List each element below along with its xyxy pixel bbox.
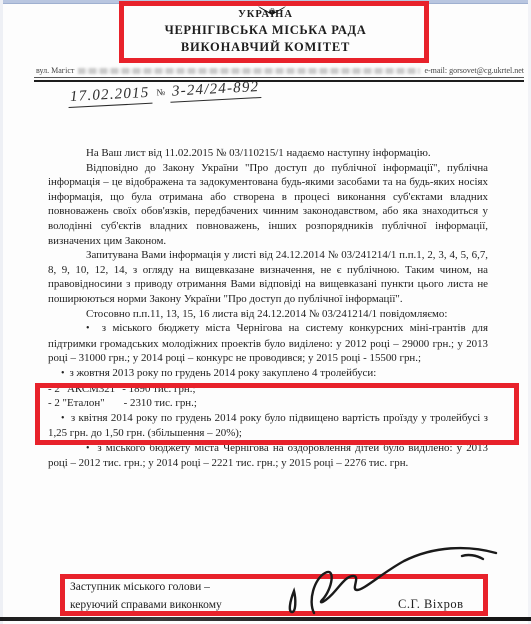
signature-title: Заступник міського голови – керуючий спр…	[70, 579, 222, 614]
letterhead-divider-thin	[34, 77, 524, 78]
bullet-item: • з міського бюджету міста Чернігова на …	[48, 321, 488, 366]
bullet-marker-icon: •	[86, 443, 97, 454]
bullet-item: • з квітня 2014 року по грудень 2014 рок…	[48, 411, 488, 441]
letterhead: УКРАЇНА ЧЕРНІГІВСЬКА МІСЬКА РАДА ВИКОНАВ…	[0, 8, 531, 56]
bullet-item: • з жовтня 2013 року по грудень 2014 рок…	[48, 366, 488, 382]
paragraph: - 2 "Еталон" - 2310 тис. грн.;	[48, 396, 488, 411]
signature-title-line2: керуючий справами виконкому	[70, 597, 222, 615]
bullet-marker-icon: •	[61, 368, 70, 379]
handwritten-date: 17.02.2015	[68, 85, 152, 108]
handwritten-reference: 17.02.2015 № 3-24/24-892	[68, 79, 262, 108]
paragraph: - 2 "АКСМ321" - 1890 тис. грн.;	[48, 382, 488, 397]
scan-left-edge	[0, 0, 3, 624]
paragraph: На Ваш лист від 11.02.2015 № 03/110215/1…	[48, 146, 488, 161]
signature-title-line1: Заступник міського голови –	[70, 579, 222, 597]
bullet-marker-icon: •	[86, 323, 102, 334]
letterhead-organization: ЧЕРНІГІВСЬКА МІСЬКА РАДА	[0, 22, 531, 39]
letterhead-address-line: вул. Магіст e-mail: gorsovet@cg.ukrtel.n…	[36, 66, 524, 75]
letterhead-department: ВИКОНАВЧИЙ КОМІТЕТ	[0, 39, 531, 56]
number-symbol: №	[156, 87, 165, 97]
handwritten-number: 3-24/24-892	[170, 79, 262, 103]
letterhead-country: УКРАЇНА	[0, 8, 531, 22]
handwritten-signature	[278, 545, 510, 624]
letter-body: На Ваш лист від 11.02.2015 № 03/110215/1…	[48, 146, 488, 471]
paragraph: Відповідно до Закону України "Про доступ…	[48, 161, 488, 249]
paragraph: Стосовно п.п.11, 13, 15, 16 листа від 24…	[48, 307, 488, 322]
address-fragment-left: вул. Магіст	[36, 66, 74, 75]
bullet-item: • з міського бюджету міста Чернігова на …	[48, 441, 488, 471]
letterhead-divider-thick	[34, 80, 524, 82]
address-illegible-smudge	[78, 68, 420, 74]
bullet-marker-icon: •	[61, 413, 71, 424]
address-fragment-email: e-mail: gorsovet@cg.ukrtel.net	[424, 66, 524, 75]
scanned-letter-page: { "colors": { "highlight_red": "#e8222b"…	[0, 0, 531, 624]
paragraph: Запитувана Вами інформація у листі від 2…	[48, 248, 488, 306]
